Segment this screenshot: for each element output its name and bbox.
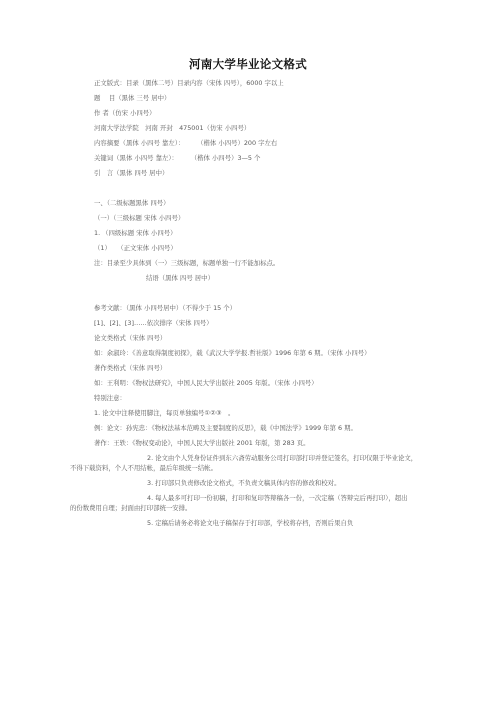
special-notes-line: 特别注意： (94, 394, 126, 402)
introduction-line: 引 言（黑体 四号 居中） (94, 169, 168, 177)
keywords-line: 关键词（黑体 小四号 靠左）： （楷体 小四号）3—5 个 (94, 154, 260, 162)
paper-example-line: 如：余淑玲：《善意取得制度初探》，载《武汉大学学报.哲社版》1996 年第 6 … (94, 349, 371, 357)
note-5-line: 5. 定稿后请务必将论文电子稿保存于打印部，学校将存档，否则后果自负 (147, 519, 353, 527)
body-format-line: 正文版式：目录（黑体二号）目录内容（宋体 四号），6000 字以上 (94, 79, 284, 87)
author-line: 作 者（仿宋 小四号） (94, 109, 156, 117)
abstract-line: 内容摘要（黑体 小四号 靠左）： （楷体 小四号）200 字左右 (94, 139, 277, 147)
paper-format-line: 论文类格式（宋体 四号） (94, 334, 166, 342)
note-2-line-1: 2. 论文由个人凭身份证件到东六斋劳动服务公司打印部打印并登记签名，打印仅限于毕… (147, 454, 417, 462)
book-format-line: 著作类格式（宋体 四号） (94, 364, 166, 372)
example-book-line: 著作：王轶：《物权变动论》，中国人民大学出版社 2001 年版，第 283 页。 (94, 439, 310, 447)
body-text-line: （1） （正文宋体 小四号） (94, 244, 177, 252)
example-paper-line: 例：论文：孙宪忠：《物权法基本范畴及主要制度的反思》，载《中国法学》1999 年… (94, 424, 357, 432)
toc-note-line: 注：目录至少具体到（一）三级标题，标题单独一行不能加标点。 (94, 259, 279, 267)
reference-order-line: [1]、[2]、[3]……依次排序（宋体 四号） (94, 319, 213, 327)
affiliation-line: 河南大学法学院 河南 开封 475001（仿宋 小四号） (94, 124, 250, 132)
level4-heading-line: 1. （四级标题 宋体 小四号） (94, 229, 177, 237)
heading-title-line: 题 目（黑体 三号 居中） (94, 94, 170, 102)
note-3-line: 3. 打印部只负责修改论文格式，不负责文稿具体内容的修改和校对。 (147, 479, 340, 487)
references-line: 参考文献：（黑体 小四号居中）（不得少于 15 个） (94, 304, 236, 312)
note-4-line-2: 的份数费用自理；封面由打印部统一安排。 (70, 504, 191, 512)
conclusion-line: 结语（黑体 四号 居中） (146, 274, 214, 282)
note-2-line-2: 不得下载资料，个人不用结帐，最后年级统一结帐。 (70, 464, 217, 472)
book-example-line: 如：王利明：《物权法研究》，中国人民大学出版社 2005 年版。（宋体 小四号） (94, 379, 318, 387)
level3-heading-line: （一）（三级标题 宋体 小四号） (94, 214, 184, 222)
note-1-line: 1. 论文中注释使用脚注，每页单独编号①②③ 。 (94, 409, 234, 417)
note-4-line-1: 4. 每人最多可打印一份初稿，打印和复印答辩稿各一份，一次定稿（答辩完后再打印）… (147, 494, 408, 502)
document-page: 河南大学毕业论文格式 正文版式：目录（黑体二号）目录内容（宋体 四号），6000… (0, 0, 496, 702)
document-title: 河南大学毕业论文格式 (0, 56, 496, 72)
level2-heading-line: 一、（二级标题黑体 四号） (94, 199, 170, 207)
